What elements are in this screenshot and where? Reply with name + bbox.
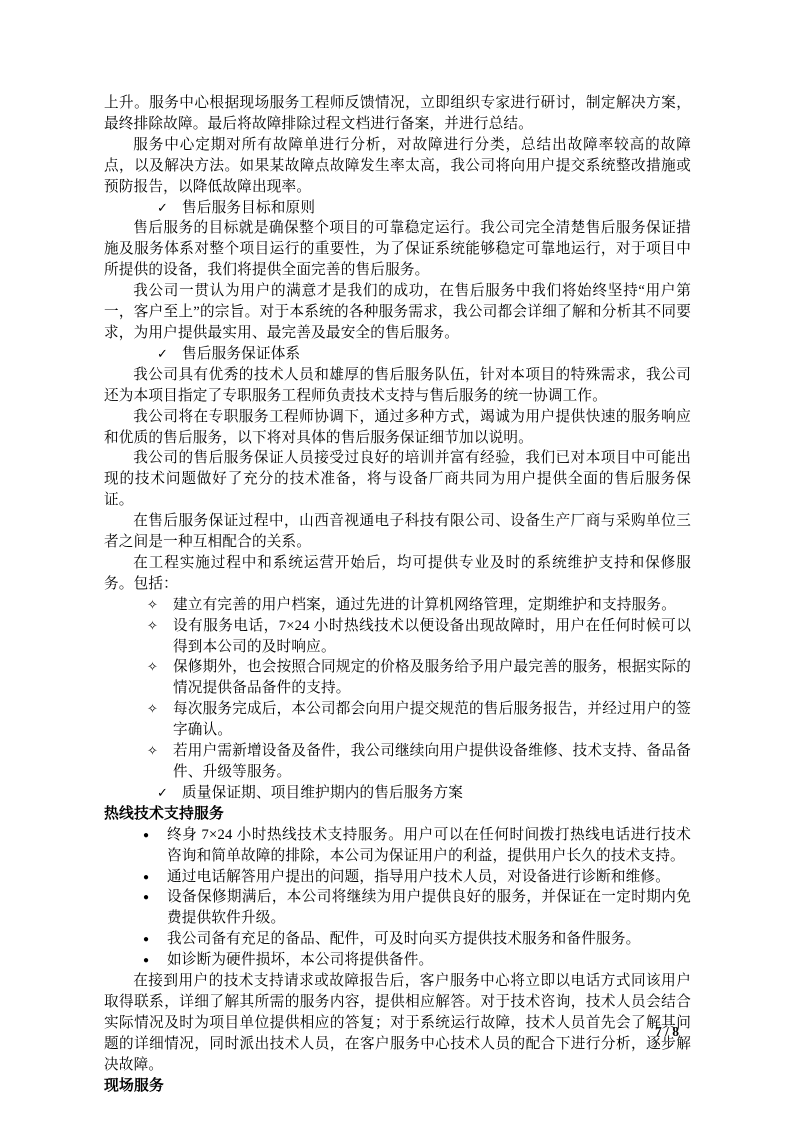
- paragraph: 上升。服务中心根据现场服务工程师反馈情况，立即组织专家进行研讨，制定解决方案，最…: [104, 93, 691, 135]
- diamond-item-text: 建立有完善的用户档案，通过先进的计算机网络管理，定期维护和支持服务。: [173, 597, 676, 613]
- bullet-dot-icon: ●: [143, 826, 149, 847]
- diamond-list-item: ✧ 每次服务完成后，本公司都会向用户提交规范的售后服务报告，并经过用户的签字确认…: [104, 699, 691, 741]
- diamond-item-text: 若用户需新增设备及备件，我公司继续向用户提供设备维修、技术支持、备品备件、升级等…: [173, 743, 691, 780]
- check-list-item: ✓ 售后服务保证体系: [104, 344, 691, 365]
- bullet-list-item: ● 终身 7×24 小时热线技术支持服务。用户可以在任何时间拨打热线电话进行技术…: [104, 825, 691, 867]
- paragraph: 售后服务的目标就是确保整个项目的可靠稳定运行。我公司完全清楚售后服务保证措施及服…: [104, 218, 691, 281]
- bullet-list-item: ● 设备保修期满后，本公司将继续为用户提供良好的服务，并保证在一定时期内免费提供…: [104, 887, 691, 929]
- bullet-item-text: 我公司备有充足的备品、配件，可及时向买方提供技术服务和备件服务。: [167, 931, 640, 947]
- bullet-dot-icon: ●: [143, 951, 149, 972]
- check-list-item: ✓ 售后服务目标和原则: [104, 198, 691, 219]
- diamond-item-text: 保修期外，也会按照合同规定的价格及服务给予用户最完善的服务，根据实际的情况提供备…: [173, 659, 691, 696]
- diamond-bullet-icon: ✧: [147, 616, 158, 637]
- heading-onsite-service: 现场服务: [104, 1076, 691, 1097]
- check-icon: ✓: [157, 344, 168, 365]
- diamond-list-item: ✧ 若用户需新增设备及备件，我公司继续向用户提供设备维修、技术支持、备品备件、升…: [104, 741, 691, 783]
- paragraph: 我公司具有优秀的技术人员和雄厚的售后服务队伍，针对本项目的特殊需求，我公司还为本…: [104, 365, 691, 407]
- bullet-list-item: ● 我公司备有充足的备品、配件，可及时向买方提供技术服务和备件服务。: [104, 929, 691, 950]
- page-number: 7 / 8: [655, 1024, 679, 1040]
- bullet-dot-icon: ●: [143, 930, 149, 951]
- diamond-bullet-icon: ✧: [147, 699, 158, 720]
- check-item-label: 售后服务保证体系: [182, 346, 300, 362]
- bullet-dot-icon: ●: [143, 868, 149, 889]
- bullet-item-text: 如诊断为硬件损坏，本公司将提供备件。: [167, 952, 433, 968]
- check-icon: ✓: [157, 783, 168, 804]
- paragraph: 服务中心定期对所有故障单进行分析，对故障进行分类，总结出故障率较高的故障点，以及…: [104, 135, 691, 198]
- diamond-list-item: ✧ 设有服务电话，7×24 小时热线技术以便设备出现故障时，用户在任何时候可以得…: [104, 616, 691, 658]
- diamond-bullet-icon: ✧: [147, 595, 158, 616]
- paragraph: 在接到用户的技术支持请求或故障报告后，客户服务中心将立即以电话方式同该用户取得联…: [104, 971, 691, 1076]
- diamond-item-text: 设有服务电话，7×24 小时热线技术以便设备出现故障时，用户在任何时候可以得到本…: [173, 618, 691, 655]
- paragraph: 我公司的售后服务保证人员接受过良好的培训并富有经验，我们已对本项目中可能出现的技…: [104, 448, 691, 511]
- bullet-list-item: ● 如诊断为硬件损坏，本公司将提供备件。: [104, 950, 691, 971]
- diamond-bullet-icon: ✧: [147, 657, 158, 678]
- paragraph: 在工程实施过程中和系统运营开始后，均可提供专业及时的系统维护支持和保修服务。包括…: [104, 553, 691, 595]
- paragraph: 在售后服务保证过程中，山西音视通电子科技有限公司、设备生产厂商与采购单位三者之间…: [104, 511, 691, 553]
- paragraph: 我公司将在专职服务工程师协调下，通过多种方式，竭诚为用户提供快速的服务响应和优质…: [104, 407, 691, 449]
- check-item-label: 售后服务目标和原则: [182, 200, 315, 216]
- paragraph: 我公司一贯认为用户的满意才是我们的成功，在售后服务中我们将始终坚持“用户第一，客…: [104, 281, 691, 344]
- heading-hotline-support: 热线技术支持服务: [104, 804, 691, 825]
- diamond-bullet-icon: ✧: [147, 741, 158, 762]
- bullet-dot-icon: ●: [143, 888, 149, 909]
- document-body: 上升。服务中心根据现场服务工程师反馈情况，立即组织专家进行研讨，制定解决方案，最…: [104, 93, 691, 1097]
- bullet-list-item: ● 通过电话解答用户提出的问题，指导用户技术人员，对设备进行诊断和维修。: [104, 867, 691, 888]
- document-page: 上升。服务中心根据现场服务工程师反馈情况，立即组织专家进行研讨，制定解决方案，最…: [0, 0, 793, 1122]
- check-icon: ✓: [157, 198, 168, 219]
- check-item-label: 质量保证期、项目维护期内的售后服务方案: [182, 785, 463, 801]
- bullet-item-text: 终身 7×24 小时热线技术支持服务。用户可以在任何时间拨打热线电话进行技术咨询…: [167, 827, 691, 864]
- diamond-item-text: 每次服务完成后，本公司都会向用户提交规范的售后服务报告，并经过用户的签字确认。: [173, 701, 691, 738]
- diamond-list-item: ✧ 建立有完善的用户档案，通过先进的计算机网络管理，定期维护和支持服务。: [104, 595, 691, 616]
- bullet-item-text: 设备保修期满后，本公司将继续为用户提供良好的服务，并保证在一定时期内免费提供软件…: [167, 889, 691, 926]
- diamond-list-item: ✧ 保修期外，也会按照合同规定的价格及服务给予用户最完善的服务，根据实际的情况提…: [104, 657, 691, 699]
- bullet-item-text: 通过电话解答用户提出的问题，指导用户技术人员，对设备进行诊断和维修。: [167, 869, 670, 885]
- check-list-item: ✓ 质量保证期、项目维护期内的售后服务方案: [104, 783, 691, 804]
